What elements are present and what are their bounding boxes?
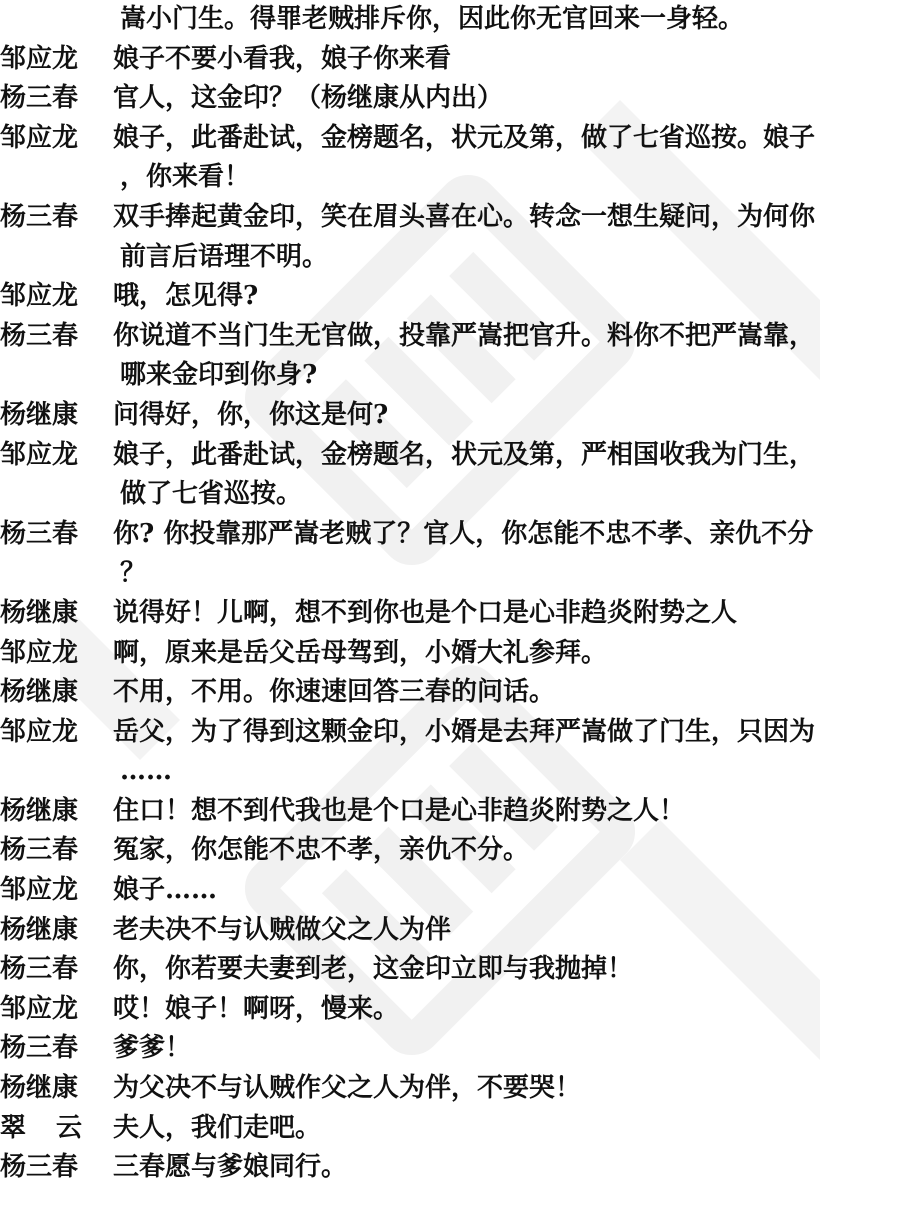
speaker-name: 杨三春 xyxy=(0,198,113,238)
dialogue-text: 说得好！儿啊，想不到你也是个口是心非趋炎附势之人 xyxy=(113,594,900,634)
dialogue-entry: 邹应龙岳父，为了得到这颗金印，小婿是去拜严嵩做了门生，只因为…… xyxy=(0,713,900,792)
speaker-name: 杨三春 xyxy=(0,515,113,555)
dialogue-text: 不用，不用。你速速回答三春的问话。 xyxy=(113,673,900,713)
dialogue-line: 住口！想不到代我也是个口是心非趋炎附势之人！ xyxy=(113,792,900,832)
dialogue-entry: 邹应龙啊，原来是岳父岳母驾到，小婿大礼参拜。 xyxy=(0,634,900,674)
speaker-name: 邹应龙 xyxy=(0,119,113,159)
speaker-name: 杨三春 xyxy=(0,1148,113,1188)
dialogue-line: 为父决不与认贼作父之人为伴，不要哭！ xyxy=(113,1069,900,1109)
dialogue-line: 官人，这金印？（杨继康从内出） xyxy=(113,79,900,119)
dialogue-line-continuation: …… xyxy=(113,752,900,792)
speaker-name: 杨继康 xyxy=(0,1069,113,1109)
speaker-name: 邹应龙 xyxy=(0,436,113,476)
dialogue-entry: 杨三春爹爹！ xyxy=(0,1029,900,1069)
dialogue-entry: 邹应龙哦，怎见得? xyxy=(0,277,900,317)
script-document: 嵩小门生。得罪老贼排斥你，因此你无官回来一身轻。 邹应龙娘子不要小看我，娘子你来… xyxy=(0,0,900,1188)
speaker-name: 邹应龙 xyxy=(0,990,113,1030)
dialogue-entry: 杨三春你? 你投靠那严嵩老贼了？官人，你怎能不忠不孝、亲仇不分？ xyxy=(0,515,900,594)
speaker-name: 杨三春 xyxy=(0,950,113,990)
dialogue-line: 老夫决不与认贼做父之人为伴 xyxy=(113,911,900,951)
dialogue-entry: 邹应龙娘子不要小看我，娘子你来看 xyxy=(0,40,900,80)
speaker-name: 杨继康 xyxy=(0,396,113,436)
dialogue-continuation: 嵩小门生。得罪老贼排斥你，因此你无官回来一身轻。 xyxy=(0,0,900,40)
dialogue-text: 爹爹！ xyxy=(113,1029,900,1069)
dialogue-entry: 杨三春双手捧起黄金印，笑在眉头喜在心。转念一想生疑问，为何你前言后语理不明。 xyxy=(0,198,900,277)
dialogue-line-continuation: ，你来看！ xyxy=(113,158,900,198)
speaker-name: 邹应龙 xyxy=(0,277,113,317)
dialogue-entry: 杨继康住口！想不到代我也是个口是心非趋炎附势之人！ xyxy=(0,792,900,832)
dialogue-text: 老夫决不与认贼做父之人为伴 xyxy=(113,911,900,951)
dialogue-line: 你说道不当门生无官做，投靠严嵩把官升。料你不把严嵩靠， xyxy=(113,317,900,357)
dialogue-entry: 杨继康不用，不用。你速速回答三春的问话。 xyxy=(0,673,900,713)
dialogue-line: 夫人，我们走吧。 xyxy=(113,1109,900,1149)
speaker-name: 翠云 xyxy=(0,1109,113,1149)
dialogue-text: 双手捧起黄金印，笑在眉头喜在心。转念一想生疑问，为何你前言后语理不明。 xyxy=(113,198,900,277)
dialogue-text: 娘子不要小看我，娘子你来看 xyxy=(113,40,900,80)
dialogue-entry: 杨继康老夫决不与认贼做父之人为伴 xyxy=(0,911,900,951)
dialogue-entry: 杨继康说得好！儿啊，想不到你也是个口是心非趋炎附势之人 xyxy=(0,594,900,634)
dialogue-line: 啊，原来是岳父岳母驾到，小婿大礼参拜。 xyxy=(113,634,900,674)
dialogue-text: 娘子，此番赴试，金榜题名，状元及第，严相国收我为门生，做了七省巡按。 xyxy=(113,436,900,515)
dialogue-text: 你，你若要夫妻到老，这金印立即与我抛掉！ xyxy=(113,950,900,990)
dialogue-text: 冤家，你怎能不忠不孝，亲仇不分。 xyxy=(113,831,900,871)
dialogue-line: 娘子，此番赴试，金榜题名，状元及第，做了七省巡按。娘子 xyxy=(113,119,900,159)
dialogue-list: 邹应龙娘子不要小看我，娘子你来看杨三春官人，这金印？（杨继康从内出）邹应龙娘子，… xyxy=(0,40,900,1188)
dialogue-entry: 杨三春官人，这金印？（杨继康从内出） xyxy=(0,79,900,119)
speaker-name: 杨继康 xyxy=(0,594,113,634)
dialogue-text: 娘子，此番赴试，金榜题名，状元及第，做了七省巡按。娘子，你来看！ xyxy=(113,119,900,198)
dialogue-line: 岳父，为了得到这颗金印，小婿是去拜严嵩做了门生，只因为 xyxy=(113,713,900,753)
dialogue-entry: 翠云夫人，我们走吧。 xyxy=(0,1109,900,1149)
dialogue-text: 啊，原来是岳父岳母驾到，小婿大礼参拜。 xyxy=(113,634,900,674)
speaker-name: 杨三春 xyxy=(0,831,113,871)
dialogue-text: 你说道不当门生无官做，投靠严嵩把官升。料你不把严嵩靠，哪来金印到你身? xyxy=(113,317,900,396)
dialogue-text: 哎！娘子！啊呀，慢来。 xyxy=(113,990,900,1030)
dialogue-entry: 杨三春你，你若要夫妻到老，这金印立即与我抛掉！ xyxy=(0,950,900,990)
dialogue-line-continuation: 做了七省巡按。 xyxy=(113,475,900,515)
speaker-name: 杨三春 xyxy=(0,1029,113,1069)
dialogue-text: 娘子…… xyxy=(113,871,900,911)
dialogue-text: 哦，怎见得? xyxy=(113,277,900,317)
dialogue-line: 娘子不要小看我，娘子你来看 xyxy=(113,40,900,80)
dialogue-entry: 杨三春你说道不当门生无官做，投靠严嵩把官升。料你不把严嵩靠，哪来金印到你身? xyxy=(0,317,900,396)
dialogue-entry: 杨继康问得好，你，你这是何? xyxy=(0,396,900,436)
dialogue-line: 双手捧起黄金印，笑在眉头喜在心。转念一想生疑问，为何你 xyxy=(113,198,900,238)
dialogue-line: 娘子…… xyxy=(113,871,900,911)
dialogue-text: 官人，这金印？（杨继康从内出） xyxy=(113,79,900,119)
dialogue-line: 冤家，你怎能不忠不孝，亲仇不分。 xyxy=(113,831,900,871)
dialogue-text: 你? 你投靠那严嵩老贼了？官人，你怎能不忠不孝、亲仇不分？ xyxy=(113,515,900,594)
dialogue-text: 三春愿与爹娘同行。 xyxy=(113,1148,900,1188)
dialogue-line: 问得好，你，你这是何? xyxy=(113,396,900,436)
dialogue-entry: 杨三春冤家，你怎能不忠不孝，亲仇不分。 xyxy=(0,831,900,871)
dialogue-entry: 邹应龙娘子，此番赴试，金榜题名，状元及第，严相国收我为门生，做了七省巡按。 xyxy=(0,436,900,515)
dialogue-entry: 邹应龙哎！娘子！啊呀，慢来。 xyxy=(0,990,900,1030)
dialogue-line: 说得好！儿啊，想不到你也是个口是心非趋炎附势之人 xyxy=(113,594,900,634)
speaker-name: 邹应龙 xyxy=(0,713,113,753)
speaker-name: 邹应龙 xyxy=(0,40,113,80)
speaker-name: 杨三春 xyxy=(0,317,113,357)
dialogue-line: 哦，怎见得? xyxy=(113,277,900,317)
speaker-name: 杨三春 xyxy=(0,79,113,119)
dialogue-line: 你，你若要夫妻到老，这金印立即与我抛掉！ xyxy=(113,950,900,990)
dialogue-line: 不用，不用。你速速回答三春的问话。 xyxy=(113,673,900,713)
dialogue-line-continuation: 哪来金印到你身? xyxy=(113,356,900,396)
dialogue-text: 为父决不与认贼作父之人为伴，不要哭！ xyxy=(113,1069,900,1109)
dialogue-text: 岳父，为了得到这颗金印，小婿是去拜严嵩做了门生，只因为…… xyxy=(113,713,900,792)
dialogue-entry: 杨继康为父决不与认贼作父之人为伴，不要哭！ xyxy=(0,1069,900,1109)
dialogue-line-continuation: 前言后语理不明。 xyxy=(113,238,900,278)
speaker-name: 邹应龙 xyxy=(0,871,113,911)
dialogue-line: 哎！娘子！啊呀，慢来。 xyxy=(113,990,900,1030)
dialogue-line: 爹爹！ xyxy=(113,1029,900,1069)
dialogue-line: 娘子，此番赴试，金榜题名，状元及第，严相国收我为门生， xyxy=(113,436,900,476)
dialogue-text: 住口！想不到代我也是个口是心非趋炎附势之人！ xyxy=(113,792,900,832)
dialogue-line: 你? 你投靠那严嵩老贼了？官人，你怎能不忠不孝、亲仇不分 xyxy=(113,515,900,555)
dialogue-line: 三春愿与爹娘同行。 xyxy=(113,1148,900,1188)
dialogue-entry: 邹应龙娘子…… xyxy=(0,871,900,911)
speaker-name: 邹应龙 xyxy=(0,634,113,674)
dialogue-text: 问得好，你，你这是何? xyxy=(113,396,900,436)
speaker-name: 杨继康 xyxy=(0,792,113,832)
speaker-name: 杨继康 xyxy=(0,673,113,713)
dialogue-text: 夫人，我们走吧。 xyxy=(113,1109,900,1149)
dialogue-entry: 邹应龙娘子，此番赴试，金榜题名，状元及第，做了七省巡按。娘子，你来看！ xyxy=(0,119,900,198)
speaker-name: 杨继康 xyxy=(0,911,113,951)
dialogue-line-continuation: ？ xyxy=(113,554,900,594)
dialogue-entry: 杨三春三春愿与爹娘同行。 xyxy=(0,1148,900,1188)
